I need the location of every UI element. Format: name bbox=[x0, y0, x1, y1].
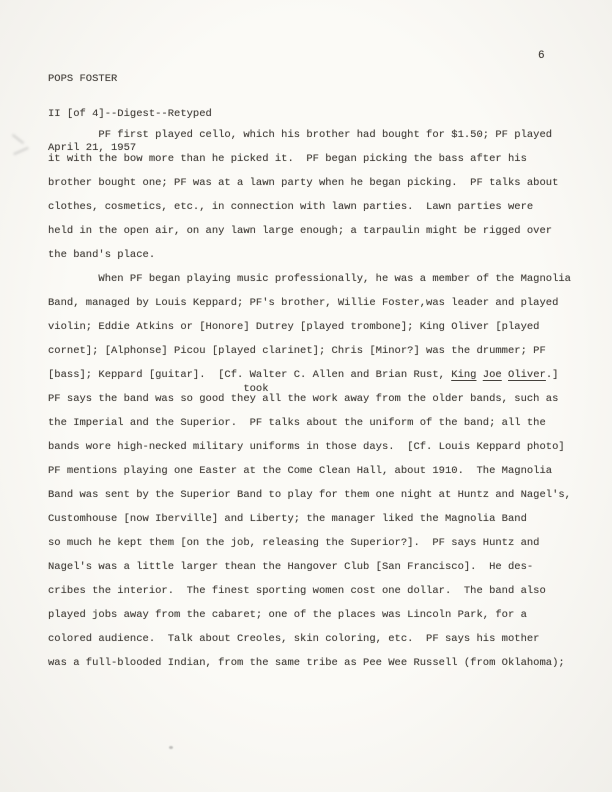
text-line: Customhouse [now Iberville] and Liberty;… bbox=[48, 507, 593, 531]
text-line: cribes the interior. The finest sporting… bbox=[48, 579, 593, 603]
text-line: it with the bow more than he picked it. … bbox=[48, 147, 593, 171]
text-line: violin; Eddie Atkins or [Honore] Dutrey … bbox=[48, 315, 593, 339]
text-line: brother bought one; PF was at a lawn par… bbox=[48, 171, 593, 195]
text-line: When PF began playing music professional… bbox=[48, 267, 593, 291]
text-line: colored audience. Talk about Creoles, sk… bbox=[48, 627, 593, 651]
underlined-text: Joe bbox=[483, 369, 502, 381]
text-line: was a full-blooded Indian, from the same… bbox=[48, 651, 593, 675]
text-line: played jobs away from the cabaret; one o… bbox=[48, 603, 593, 627]
text-line: PF mentions playing one Easter at the Co… bbox=[48, 459, 593, 483]
text-line: cornet]; [Alphonse] Picou [played clarin… bbox=[48, 339, 593, 363]
text-segment: PF says the band was so good they all th… bbox=[48, 393, 558, 405]
text-line: bands wore high-necked military uniforms… bbox=[48, 435, 593, 459]
text-line: Band, managed by Louis Keppard; PF's bro… bbox=[48, 291, 593, 315]
page-number: 6 bbox=[538, 50, 545, 62]
document-body: PF first played cello, which his brother… bbox=[48, 123, 593, 675]
text-segment: .] bbox=[546, 369, 559, 381]
text-line: PF first played cello, which his brother… bbox=[48, 123, 593, 147]
scan-speck bbox=[169, 746, 173, 749]
pencil-smudge-mark bbox=[8, 134, 32, 170]
document-page: POPS FOSTER II [of 4]--Digest--Retyped A… bbox=[0, 0, 612, 792]
underlined-text: King bbox=[451, 369, 476, 381]
underlined-text: Oliver bbox=[508, 369, 546, 381]
text-line: Band was sent by the Superior Band to pl… bbox=[48, 483, 593, 507]
text-line: [bass]; Keppard [guitar]. [Cf. Walter C.… bbox=[48, 363, 593, 387]
interline-insertion: took bbox=[243, 384, 268, 394]
text-line: Nagel's was a little larger thean the Ha… bbox=[48, 555, 593, 579]
text-line: so much he kept them [on the job, releas… bbox=[48, 531, 593, 555]
header-title: POPS FOSTER bbox=[48, 74, 212, 86]
text-line: the Imperial and the Superior. PF talks … bbox=[48, 411, 593, 435]
header-subtitle: II [of 4]--Digest--Retyped bbox=[48, 109, 212, 121]
text-line: the band's place. bbox=[48, 243, 593, 267]
text-line: clothes, cosmetics, etc., in connection … bbox=[48, 195, 593, 219]
text-line: held in the open air, on any lawn large … bbox=[48, 219, 593, 243]
text-line: PF says the band was so good they all th… bbox=[48, 387, 593, 411]
text-segment: [bass]; Keppard [guitar]. [Cf. Walter C.… bbox=[48, 369, 451, 381]
